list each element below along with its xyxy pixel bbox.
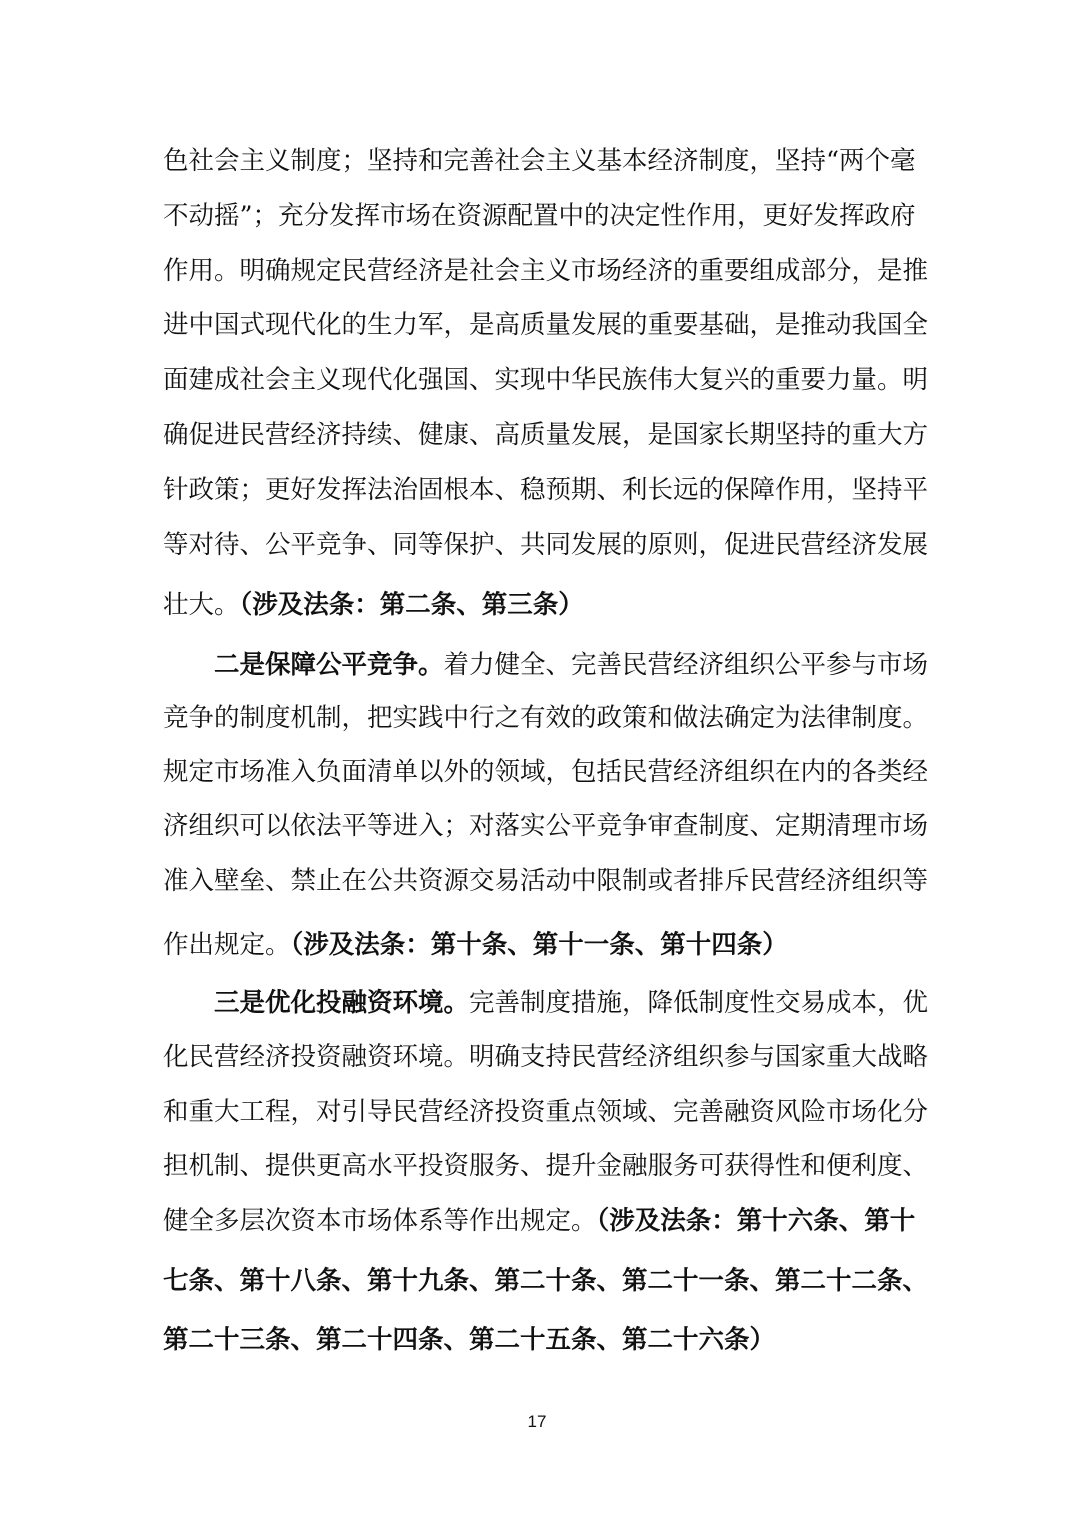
body-text-span: 健全多层次资本市场体系等作出规定。 (163, 1206, 597, 1236)
text-line: 济组织可以依法平等进入；对落实公平竞争审查制度、定期清理市场 (163, 811, 913, 841)
text-line: 确促进民营经济持续、健康、高质量发展，是国家长期坚持的重大方 (163, 420, 913, 450)
bold-text: 七条、第十八条、第十九条、第二十条、第二十一条、第二十二条、 (163, 1266, 928, 1296)
text-line: 准入壁垒、禁止在公共资源交易活动中限制或者排斥民营经济组织等 (163, 866, 913, 896)
text-line: 化民营经济投资融资环境。明确支持民营经济组织参与国家重大战略 (163, 1042, 913, 1072)
text-line: 七条、第十八条、第十九条、第二十条、第二十一条、第二十二条、 (163, 1266, 913, 1296)
bold-text: 二是保障公平竞争。 (163, 650, 444, 680)
bold-text: 第二十三条、第二十四条、第二十五条、第二十六条） (163, 1325, 775, 1355)
text-line: 不动摇”；充分发挥市场在资源配置中的决定性作用，更好发挥政府 (163, 201, 913, 231)
body-text-span: 规定市场准入负面清单以外的领域，包括民营经济组织在内的各类经 (163, 757, 928, 787)
text-line: 第二十三条、第二十四条、第二十五条、第二十六条） (163, 1325, 913, 1355)
body-text-span: 进中国式现代化的生力军，是高质量发展的重要基础，是推动我国全 (163, 310, 928, 340)
bold-text: （涉及法条：第二条、第三条） (240, 590, 584, 620)
text-line: 三是优化投融资环境。完善制度措施，降低制度性交易成本，优 (163, 988, 913, 1018)
text-line: 和重大工程，对引导民营经济投资重点领域、完善融资风险市场化分 (163, 1097, 913, 1127)
body-text-span: 色社会主义制度；坚持和完善社会主义基本经济制度，坚持“两个毫 (163, 146, 916, 176)
body-text-span: 壮大。 (163, 590, 240, 620)
body-text-span: 担机制、提供更高水平投资服务、提升金融服务可获得性和便利度、 (163, 1151, 928, 1181)
text-line: 竞争的制度机制，把实践中行之有效的政策和做法确定为法律制度。 (163, 703, 913, 733)
text-line: 壮大。（涉及法条：第二条、第三条） (163, 590, 913, 620)
document-page: 色社会主义制度；坚持和完善社会主义基本经济制度，坚持“两个毫不动摇”；充分发挥市… (0, 0, 1074, 1520)
text-line: 色社会主义制度；坚持和完善社会主义基本经济制度，坚持“两个毫 (163, 146, 913, 176)
body-text-span: 准入壁垒、禁止在公共资源交易活动中限制或者排斥民营经济组织等 (163, 866, 928, 896)
body-text-span: 确促进民营经济持续、健康、高质量发展，是国家长期坚持的重大方 (163, 420, 928, 450)
body-text-span: 和重大工程，对引导民营经济投资重点领域、完善融资风险市场化分 (163, 1097, 928, 1127)
text-line: 进中国式现代化的生力军，是高质量发展的重要基础，是推动我国全 (163, 310, 913, 340)
body-text-span: 面建成社会主义现代化强国、实现中华民族伟大复兴的重要力量。明 (163, 365, 928, 395)
bold-text: （涉及法条：第十条、第十一条、第十四条） (291, 930, 788, 960)
text-line: 担机制、提供更高水平投资服务、提升金融服务可获得性和便利度、 (163, 1151, 913, 1181)
text-line: 二是保障公平竞争。着力健全、完善民营经济组织公平参与市场 (163, 650, 913, 680)
text-line: 等对待、公平竞争、同等保护、共同发展的原则，促进民营经济发展 (163, 530, 913, 560)
text-line: 作出规定。（涉及法条：第十条、第十一条、第十四条） (163, 930, 913, 960)
text-line: 面建成社会主义现代化强国、实现中华民族伟大复兴的重要力量。明 (163, 365, 913, 395)
body-text-span: 完善制度措施，降低制度性交易成本，优 (469, 988, 928, 1018)
text-line: 规定市场准入负面清单以外的领域，包括民营经济组织在内的各类经 (163, 757, 913, 787)
body-text-span: 化民营经济投资融资环境。明确支持民营经济组织参与国家重大战略 (163, 1042, 928, 1072)
body-text-span: 不动摇”；充分发挥市场在资源配置中的决定性作用，更好发挥政府 (163, 201, 916, 231)
text-line: 作用。明确规定民营经济是社会主义市场经济的重要组成部分，是推 (163, 256, 913, 286)
body-text-span: 作出规定。 (163, 930, 291, 960)
page-number: 17 (0, 1412, 1074, 1432)
body-text-span: 等对待、公平竞争、同等保护、共同发展的原则，促进民营经济发展 (163, 530, 928, 560)
body-text-span: 作用。明确规定民营经济是社会主义市场经济的重要组成部分，是推 (163, 256, 928, 286)
bold-text: （涉及法条：第十六条、第十 (597, 1206, 916, 1236)
body-text-span: 竞争的制度机制，把实践中行之有效的政策和做法确定为法律制度。 (163, 703, 928, 733)
text-line: 健全多层次资本市场体系等作出规定。（涉及法条：第十六条、第十 (163, 1206, 913, 1236)
body-text-span: 着力健全、完善民营经济组织公平参与市场 (444, 650, 929, 680)
body-text-span: 针政策；更好发挥法治固根本、稳预期、利长远的保障作用，坚持平 (163, 475, 928, 505)
bold-text: 三是优化投融资环境。 (163, 988, 469, 1018)
text-line: 针政策；更好发挥法治固根本、稳预期、利长远的保障作用，坚持平 (163, 475, 913, 505)
body-text-span: 济组织可以依法平等进入；对落实公平竞争审查制度、定期清理市场 (163, 811, 928, 841)
